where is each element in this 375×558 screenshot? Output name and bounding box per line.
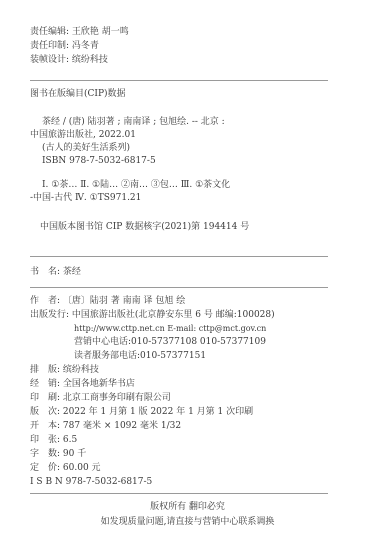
cip-classification-line: Ⅰ. ①茶… Ⅱ. ①陆… ②南… ③包… Ⅲ. ①茶文化 <box>42 181 230 190</box>
detail-author: 作 者: 〔唐〕陆羽 著 南南 译 包旭 绘 <box>30 297 185 306</box>
detail-label: 作 者 <box>30 296 57 306</box>
cip-entry-line: 茶经 / (唐) 陆羽著 ; 南南译 ; 包旭绘. -- 北京 : <box>42 118 225 127</box>
detail-value: 2022 年 1 月第 1 版 2022 年 1 月第 1 次印刷 <box>63 407 253 417</box>
detail-format: 开 本: 787 毫米 × 1092 毫米 1/32 <box>30 422 181 431</box>
detail-label: 印 张 <box>30 435 57 445</box>
detail-label: 排 版 <box>30 365 57 375</box>
detail-typesetting: 排 版: 缤纷科技 <box>30 366 99 375</box>
divider <box>30 287 328 288</box>
credit-design: 装帧设计: 缤纷科技 <box>30 56 108 65</box>
detail-value: 〔唐〕陆羽 著 南南 译 包旭 绘 <box>63 296 185 306</box>
detail-word-count: 字 数: 90 千 <box>30 450 86 459</box>
detail-label: 印 刷 <box>30 393 57 403</box>
credit-label: 装帧设计 <box>30 55 66 65</box>
credit-printing: 责任印制: 冯冬青 <box>30 42 99 51</box>
detail-label: 出版发行 <box>30 310 66 320</box>
detail-label: 字 数 <box>30 449 57 459</box>
detail-value: 60.00 元 <box>63 463 101 473</box>
cip-classification-line: -中国-古代 Ⅳ. ①TS971.21 <box>30 194 141 203</box>
quality-notice: 如发现质量问题,请直接与营销中心联系调换 <box>0 518 375 527</box>
detail-distribution: 经 销: 全国各地新华书店 <box>30 380 135 389</box>
credit-label: 责任编辑 <box>30 27 66 37</box>
book-title: 书 名: 茶经 <box>30 268 81 277</box>
detail-reader-phone: 读者服务部电话:010-57377151 <box>74 352 206 361</box>
detail-label: 经 销 <box>30 379 57 389</box>
book-title-value: 茶经 <box>63 267 81 277</box>
credit-label: 责任印制 <box>30 41 66 51</box>
credit-value: 缤纷科技 <box>72 55 108 65</box>
detail-value: 全国各地新华书店 <box>63 379 135 389</box>
book-title-label: 书 名 <box>30 267 57 277</box>
detail-value: 中国旅游出版社(北京静安东里 6 号 邮编:100028) <box>72 310 275 320</box>
detail-value: 北京工商事务印刷有限公司 <box>63 393 171 403</box>
detail-value: 6.5 <box>63 435 77 445</box>
detail-label: 开 本 <box>30 421 57 431</box>
detail-publisher: 出版发行: 中国旅游出版社(北京静安东里 6 号 邮编:100028) <box>30 311 275 320</box>
detail-printer: 印 刷: 北京工商事务印刷有限公司 <box>30 394 171 403</box>
divider <box>30 256 328 257</box>
detail-sheets: 印 张: 6.5 <box>30 436 77 445</box>
detail-price: 定 价: 60.00 元 <box>30 464 101 473</box>
detail-sales-phone: 营销中心电话:010-57377108 010-57377109 <box>74 338 266 347</box>
detail-value: 缤纷科技 <box>63 365 99 375</box>
copyright-notice: 版权所有 翻印必究 <box>0 503 375 512</box>
cip-heading: 图书在版编目(CIP)数据 <box>30 90 126 99</box>
detail-edition: 版 次: 2022 年 1 月第 1 版 2022 年 1 月第 1 次印刷 <box>30 408 253 417</box>
divider <box>30 80 328 81</box>
detail-value: 787 毫米 × 1092 毫米 1/32 <box>63 421 181 431</box>
detail-web: http://www.cttp.net.cn E-mail: cttp@mct.… <box>74 325 266 333</box>
detail-label: 定 价 <box>30 463 57 473</box>
detail-value: 90 千 <box>63 449 86 459</box>
detail-isbn: I S B N 978-7-5032-6817-5 <box>30 478 152 487</box>
detail-label: 版 次 <box>30 407 57 417</box>
cip-entry-line: 中国旅游出版社, 2022.01 <box>30 131 136 140</box>
cip-isbn: ISBN 978-7-5032-6817-5 <box>42 157 156 166</box>
detail-value: 978-7-5032-6817-5 <box>66 477 153 487</box>
credit-value: 冯冬青 <box>72 41 99 51</box>
divider <box>30 493 328 494</box>
cip-entry-line: (古人的美好生活系列) <box>42 144 130 153</box>
cip-number: 中国版本图书馆 CIP 数据核字(2021)第 194414 号 <box>40 223 249 232</box>
credit-value: 王欣艳 胡一鸣 <box>72 27 129 37</box>
detail-label: I S B N <box>30 477 63 487</box>
credit-editor: 责任编辑: 王欣艳 胡一鸣 <box>30 28 129 37</box>
